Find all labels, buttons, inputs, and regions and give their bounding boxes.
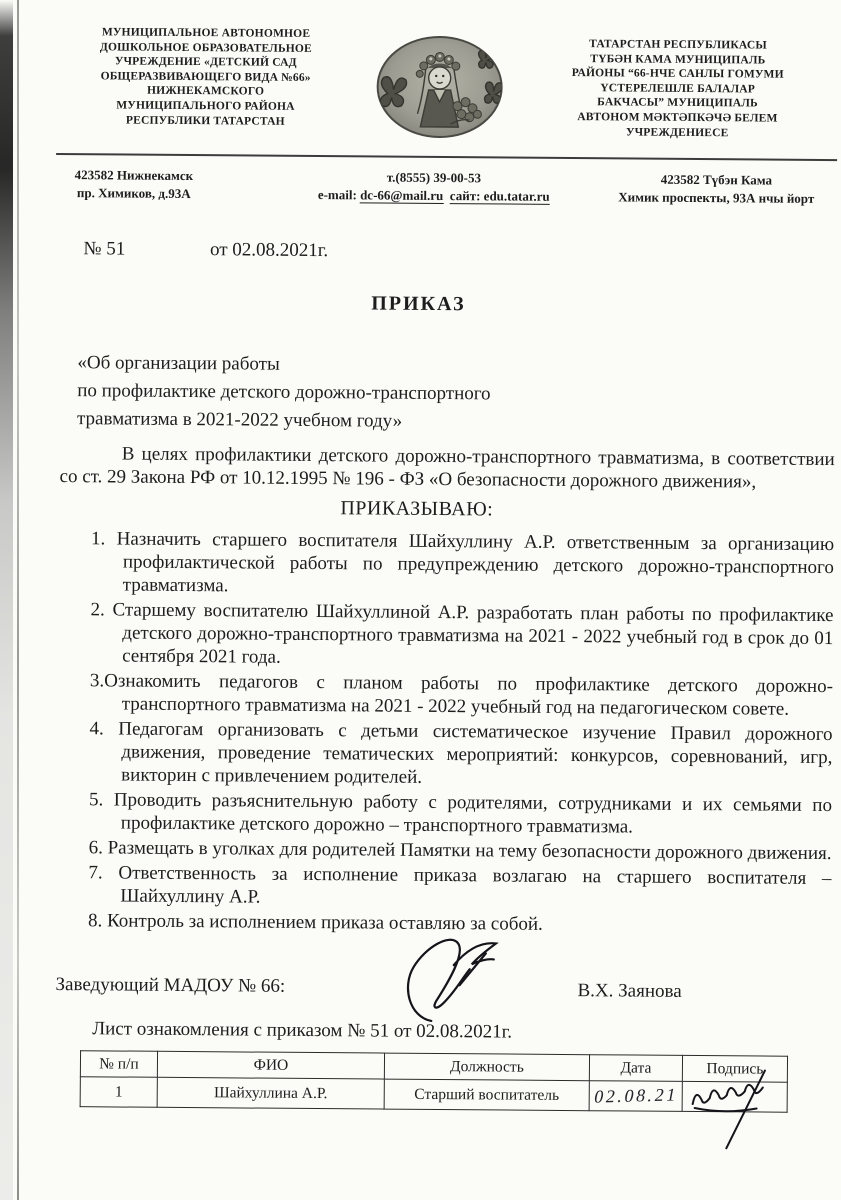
col-header-name: ФИО (157, 1051, 384, 1079)
email-label: e-mail: (318, 187, 357, 202)
signatory-title: Заведующий МАДОУ № 66: (55, 974, 285, 998)
letterhead: МУНИЦИПАЛЬНОЕ АВТОНОМНОЕ ДОШКОЛЬНОЕ ОБРА… (0, 0, 841, 145)
email-address: dc-66@mail.ru (360, 187, 443, 204)
col-header-position: Должность (384, 1053, 589, 1081)
order-subject: «Об организации работы по профилактике д… (77, 349, 839, 439)
cell-signature (682, 1081, 787, 1112)
director-signature-icon (397, 931, 528, 1027)
signatory-name: В.Х. Заянова (577, 980, 681, 1003)
website-address: сайт: edu.tatar.ru (450, 188, 550, 205)
cell-num: 1 (80, 1077, 157, 1108)
header-divider (56, 153, 837, 161)
kindergarten-emblem-icon (373, 31, 506, 142)
order-item: 2. Старшему воспитателю Шайхуллиной А.Р.… (58, 598, 834, 673)
org-line: РАЙОНЫ “66-НЧЕ САНЛЫ ГОМУМИ (528, 66, 828, 83)
scan-fold-line (17, 0, 19, 1200)
subject-line: травматизма в 2021-2022 учебном году» (77, 405, 838, 439)
street-address-tatar: Химик проспекты, 93А нчы йорт (599, 188, 834, 207)
order-item: 4. Педагогам организовать с детьми систе… (57, 717, 833, 792)
phone-email-site: т.(8555) 39-00-53 e-mail: dc-66@mail.ru … (269, 168, 599, 206)
address-russian: 423582 Нижнекамск пр. Химиков, д.93А (0, 166, 269, 203)
cell-name: Шайхуллина А.Р. (157, 1077, 384, 1109)
postal-code-city: 423582 Нижнекамск (0, 166, 269, 186)
scan-edge-shadow (0, 0, 13, 1200)
org-line: УЧРЕЖДЕНИЕСЕ (527, 124, 827, 141)
address-tatar: 423582 Түбэн Кама Химик проспекты, 93А н… (599, 170, 834, 207)
order-item: 6. Размещать в уголках для родителей Пам… (57, 836, 832, 865)
org-name-tatar: ТАТАРСТАН РЕСПУБЛИКАСЫ ТҮБӘН КАМА МУНИЦИ… (527, 29, 828, 142)
directive-keyword: ПРИКАЗЫВАЮ: (0, 495, 837, 525)
postal-code-city-tatar: 423582 Түбэн Кама (599, 170, 834, 189)
signature-row: Заведующий МАДОУ № 66: В.Х. Заянова (0, 944, 834, 1023)
contact-info-row: 423582 Нижнекамск пр. Химиков, д.93А т.(… (0, 166, 840, 208)
order-item: 3.Ознакомить педагогов с планом работы п… (58, 669, 833, 721)
order-item: 1. Назначить старшего воспитателя Шайхул… (59, 527, 835, 602)
acknowledgement-table: № п/п ФИО Должность Дата Подпись 1 Шайху… (80, 1050, 788, 1113)
order-items-list: 1. Назначить старшего воспитателя Шайхул… (56, 527, 834, 938)
cell-position: Старший воспитатель (384, 1079, 589, 1111)
street-address: пр. Химиков, д.93А (0, 183, 269, 203)
cell-date: 02.08.21 (589, 1081, 682, 1112)
scanned-order-document: МУНИЦИПАЛЬНОЕ АВТОНОМНОЕ ДОШКОЛЬНОЕ ОБРА… (0, 0, 841, 1200)
document-number: № 51 (83, 238, 125, 259)
order-item: 7. Ответственность за исполнение приказа… (56, 861, 831, 913)
table-row: 1 Шайхуллина А.Р. Старший воспитатель 02… (80, 1077, 787, 1113)
document-number-row: № 51 от 02.08.2021г. (83, 238, 839, 266)
col-header-date: Дата (589, 1055, 682, 1082)
document-date: от 02.08.2021г. (210, 239, 328, 261)
org-name-russian: МУНИЦИПАЛЬНОЕ АВТОНОМНОЕ ДОШКОЛЬНОЕ ОБРА… (51, 25, 360, 130)
document-title: ПРИКАЗ (0, 290, 839, 320)
col-header-num: № п/п (80, 1051, 157, 1078)
order-item: 5. Проводить разъяснительную работу с ро… (57, 788, 832, 840)
handwritten-date: 02.08.21 (592, 1084, 679, 1107)
org-line: РЕСПУБЛИКИ ТАТАРСТАН (51, 112, 359, 129)
employee-signature-icon (687, 1078, 783, 1119)
intro-paragraph: В целях профилактики детского дорожно-тр… (59, 442, 834, 494)
